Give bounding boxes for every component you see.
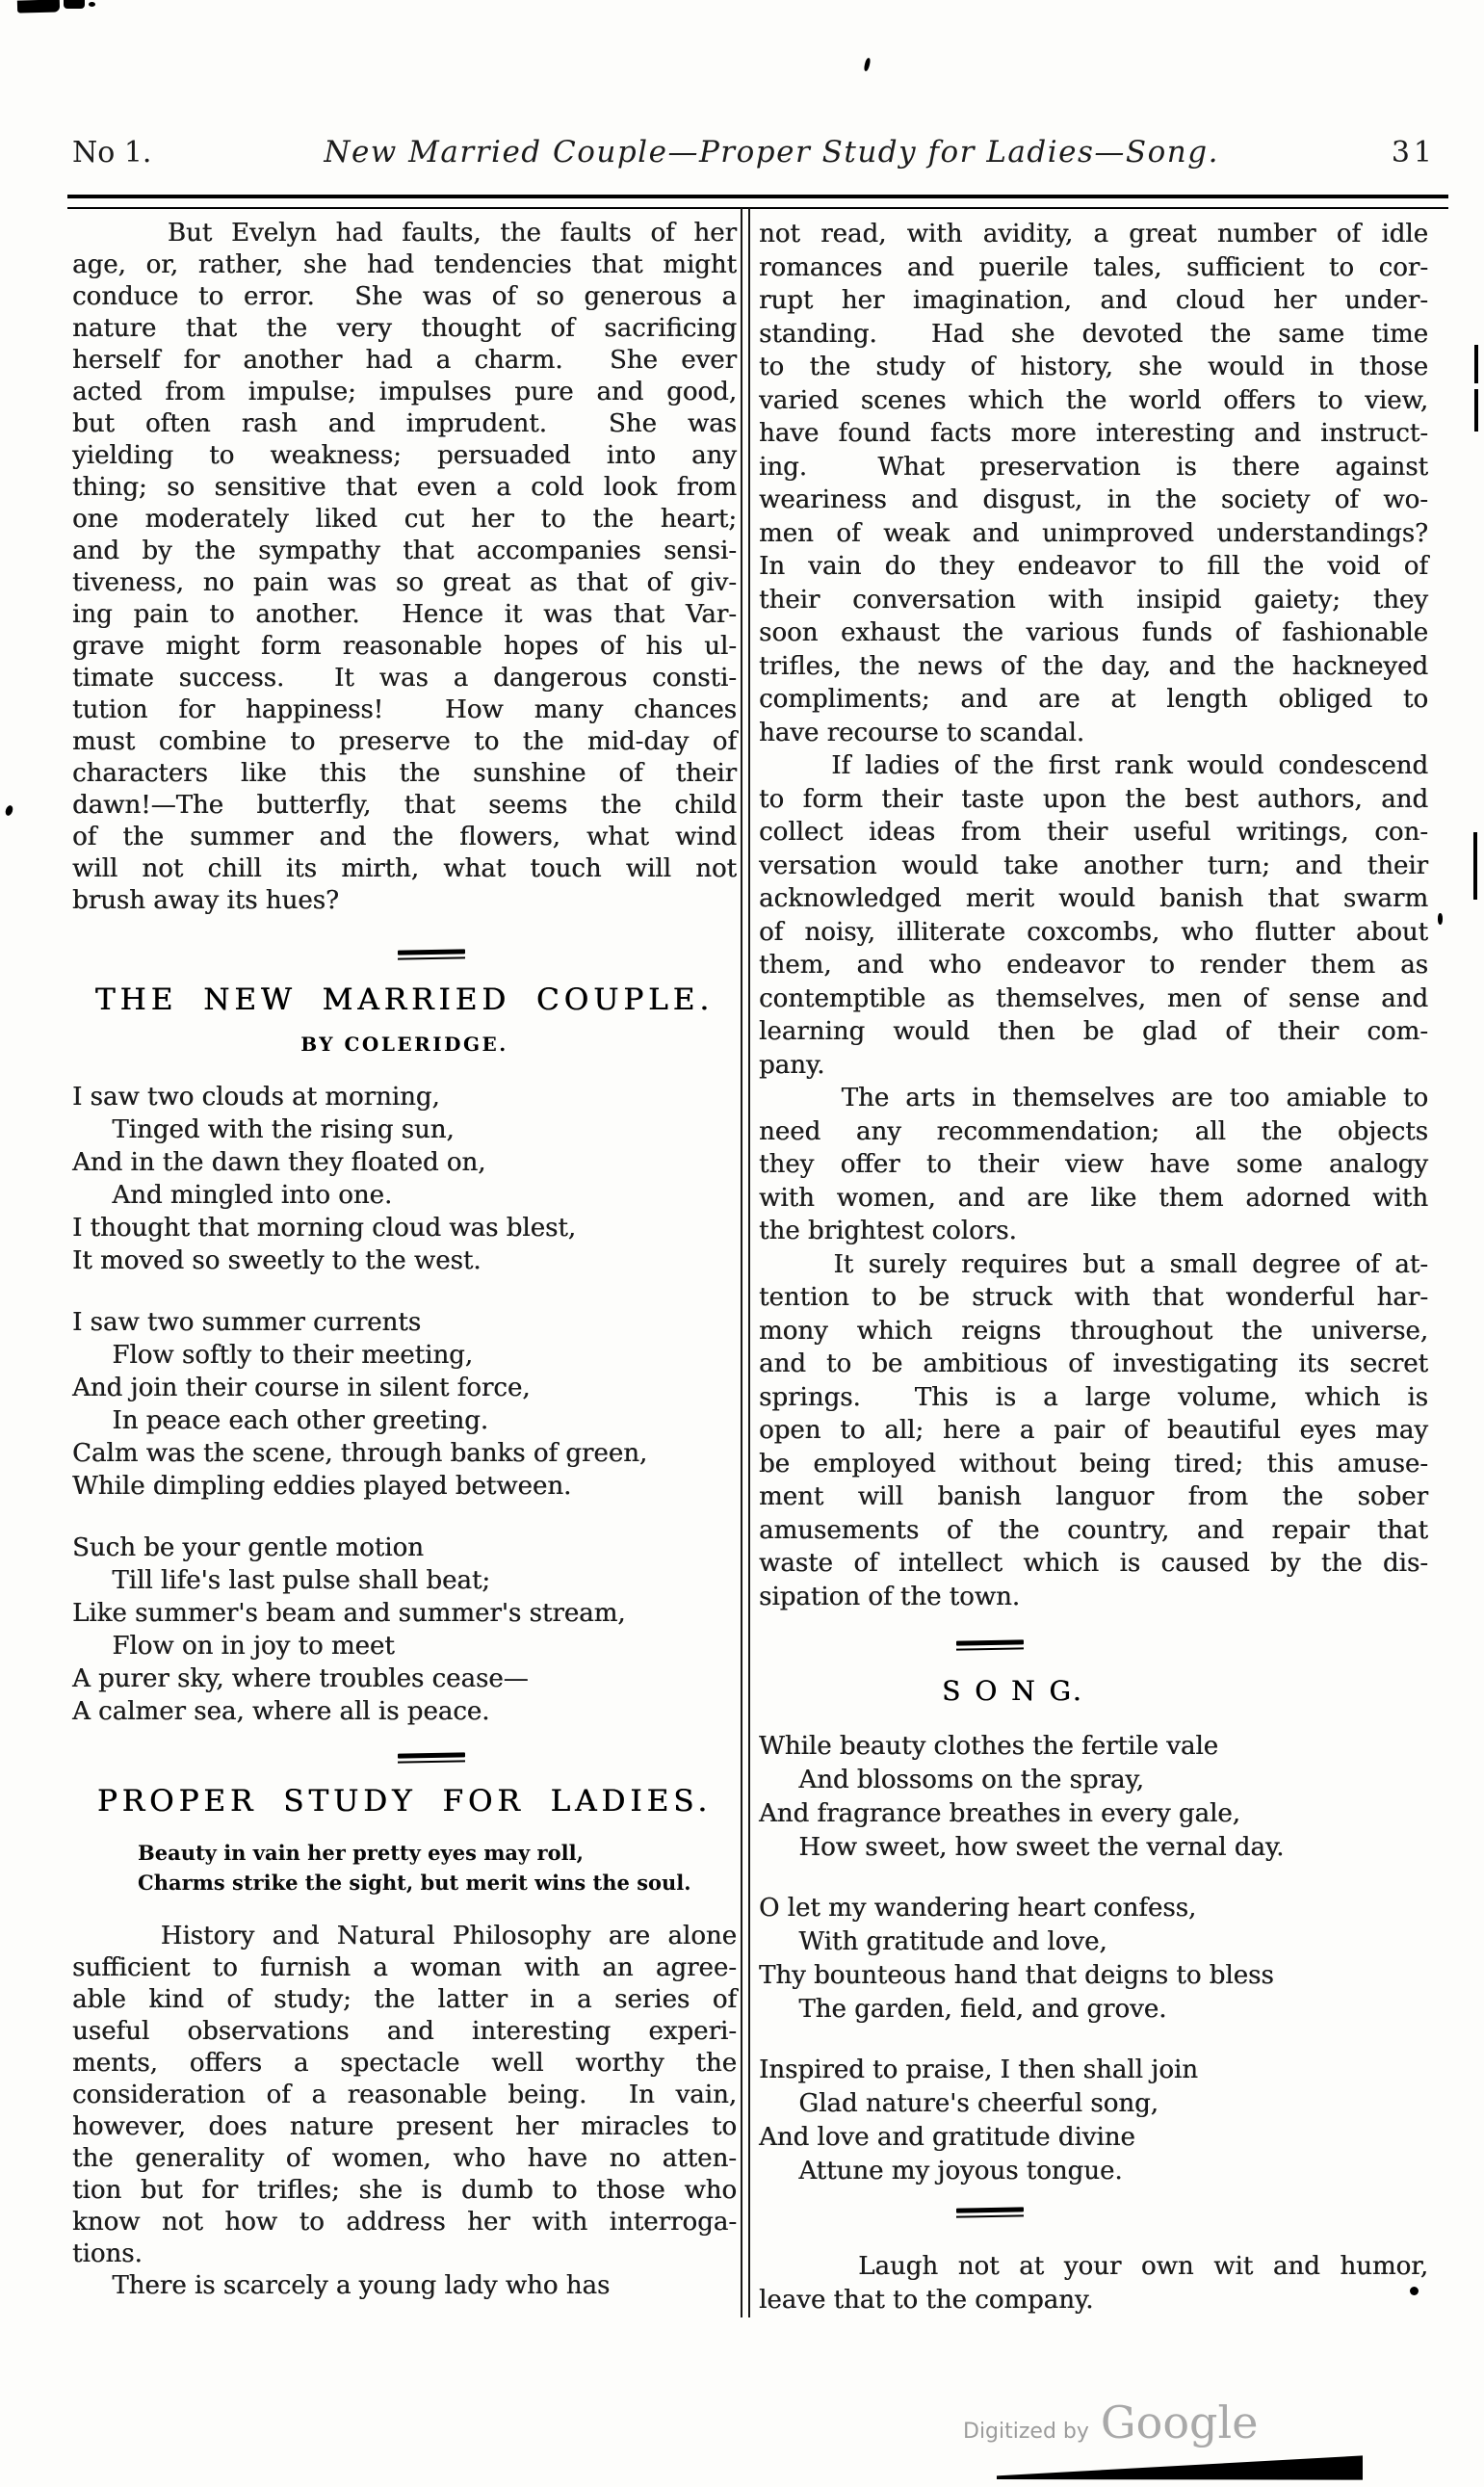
text-line: collect ideas from their useful writings… [759,816,1428,850]
header-rule [67,195,1448,209]
text-line: useful observations and interesting expe… [72,2016,737,2048]
text-line: ment will banish languor from the sober [759,1480,1428,1514]
divider-bar [956,1639,1024,1645]
text-line: trifles, the news of the day, and the ha… [759,650,1428,684]
text-line: yielding to weakness; persuaded into any [72,440,737,472]
text-line: consideration of a reasonable being. In … [72,2080,737,2111]
text-line: Like summer's beam and summer's stream, [72,1597,737,1630]
text-line: There is scarcely a young lady who has [72,2270,737,2302]
text-line: With gratitude and love, [759,1925,1428,1959]
text-line: conduce to error. She was of so generous… [72,281,737,313]
text-line: Glad nature's cheerful song, [759,2087,1428,2121]
text-line: timate success. It was a dangerous const… [72,663,737,694]
running-title: New Married Couple—Proper Study for Ladi… [151,135,1391,170]
text-line: sipation of the town. [759,1581,1428,1614]
text-line: must combine to preserve to the mid-day … [72,726,737,758]
text-line: ing. What preservation is there against [759,451,1428,484]
text-line: they offer to their view have some analo… [759,1148,1428,1182]
text-line: to form their taste upon the best author… [759,783,1428,817]
divider-bar [956,2214,1024,2217]
section-divider [956,2208,1024,2217]
section-divider [398,950,465,959]
byline: BY COLERIDGE. [72,1033,737,1056]
text-line: the brightest colors. [759,1215,1428,1248]
text-line: their conversation with insipid gaiety; … [759,584,1428,617]
text-line: versation would take another turn; and t… [759,850,1428,883]
divider-bar [398,956,465,959]
text-line: dawn!—The butterfly, that seems the chil… [72,790,737,822]
ink-speck [863,58,871,72]
poem-stanza: O let my wandering heart confess, With g… [759,1892,1428,2027]
text-line: tution for happiness! How many chances [72,694,737,726]
text-line: brush away its hues? [72,885,737,917]
text-line: Inspired to praise, I then shall join [759,2054,1428,2087]
text-line: tiveness, no pain was so great as that o… [72,567,737,599]
column-rule [748,208,750,2317]
poem-stanza: While beauty clothes the fertile vale An… [759,1730,1428,1865]
page-edge-mark [1474,345,1478,383]
text-line: mony which reigns throughout the univers… [759,1315,1428,1348]
text-line: amusements of the country, and repair th… [759,1514,1428,1548]
text-line: weariness and disgust, in the society of… [759,484,1428,517]
body-paragraph: The arts in themselves are too amiable t… [759,1082,1428,1248]
text-line: Calm was the scene, through banks of gre… [72,1437,737,1470]
body-paragraph: not read, with avidity, a great number o… [759,218,1428,749]
divider-bar [398,1752,465,1758]
text-line: And love and gratitude divine [759,2121,1428,2155]
text-line: How sweet, how sweet the vernal day. [759,1831,1428,1865]
text-line: age, or, rather, she had tendencies that… [72,249,737,281]
text-line: And blossoms on the spray, [759,1764,1428,1797]
text-line: one moderately liked cut her to the hear… [72,504,737,536]
divider-bar [956,2207,1024,2212]
text-line: I saw two clouds at morning, [72,1081,737,1113]
text-line: and to be ambitious of investigating its… [759,1348,1428,1381]
issue-number: No 1. [72,136,151,170]
text-line: In peace each other greeting. [72,1404,737,1437]
text-line: tions. [72,2238,737,2270]
article-heading: S O N G. [942,1675,1428,1707]
text-line: learning would then be glad of their com… [759,1015,1428,1049]
text-line: O let my wandering heart confess, [759,1892,1428,1925]
body-paragraph: History and Natural Philosophy are alone… [72,1921,737,2270]
article-heading: PROPER STUDY FOR LADIES. [72,1784,737,1819]
text-line: If ladies of the first rank would condes… [759,749,1428,783]
text-line: men of weak and unimproved understanding… [759,517,1428,551]
text-line: Tinged with the rising sun, [72,1113,737,1146]
section-divider [398,1753,465,1763]
text-line: Attune my joyous tongue. [759,2155,1428,2188]
text-line: have found facts more interesting and in… [759,417,1428,451]
text-line: A purer sky, where troubles cease— [72,1662,737,1695]
text-line: Flow on in joy to meet [72,1630,737,1662]
text-line: know not how to address her with interro… [72,2207,737,2238]
text-line: grave might form reasonable hopes of his… [72,631,737,663]
text-line: waste of intellect which is caused by th… [759,1547,1428,1581]
text-line: springs. This is a large volume, which i… [759,1381,1428,1415]
digitization-watermark: Digitized by Google [963,2396,1258,2448]
ink-speck [1438,913,1443,925]
digitized-by-label: Digitized by [963,2420,1089,2444]
text-line: with women, and are like them adorned wi… [759,1182,1428,1216]
page-header: No 1. New Married Couple—Proper Study fo… [72,135,1436,170]
text-line: and by the sympathy that accompanies sen… [72,536,737,567]
text-line: be employed without being tired; this am… [759,1448,1428,1481]
page-number: 31 [1392,136,1436,170]
text-line: of the summer and the flowers, what wind [72,822,737,853]
poem-stanza: I saw two summer currents Flow softly to… [72,1306,737,1503]
text-line: the generality of women, who have no att… [72,2143,737,2175]
ink-smudge [64,0,85,9]
text-line: ments, offers a spectacle well worthy th… [72,2048,737,2080]
text-line: I thought that morning cloud was blest, [72,1212,737,1244]
body-paragraph: Laugh not at your own wit and humor,leav… [759,2250,1428,2317]
text-line: History and Natural Philosophy are alone [72,1921,737,1952]
poem-stanza: Such be your gentle motion Till life's l… [72,1531,737,1728]
page-edge-mark [1473,832,1477,900]
text-line: soon exhaust the various funds of fashio… [759,616,1428,650]
text-line: acted from impulse; impulses pure and go… [72,377,737,408]
text-line: standing. Had she devoted the same time [759,318,1428,352]
text-line: herself for another had a charm. She eve… [72,345,737,377]
text-line: tention to be struck with that wonderful… [759,1281,1428,1315]
text-line: thing; so sensitive that even a cold loo… [72,472,737,504]
scanned-page: No 1. New Married Couple—Proper Study fo… [0,0,1484,2487]
text-line: open to all; here a pair of beautiful ey… [759,1414,1428,1448]
text-line: compliments; and are at length obliged t… [759,683,1428,717]
body-paragraph: But Evelyn had faults, the faults of her… [72,218,737,917]
text-line: Laugh not at your own wit and humor, [759,2250,1428,2284]
text-line: but often rash and imprudent. She was [72,408,737,440]
text-line: And join their course in silent force, [72,1372,737,1404]
text-line: rupt her imagination, and cloud her unde… [759,284,1428,318]
text-line: sufficient to furnish a woman with an ag… [72,1952,737,1984]
ink-speck [89,2,95,7]
right-column: not read, with avidity, a great number o… [759,218,1428,2317]
text-line: ing pain to another. Hence it was that V… [72,599,737,631]
body-paragraph: If ladies of the first rank would condes… [759,749,1428,1082]
text-line: While dimpling eddies played between. [72,1470,737,1503]
poem-stanza: I saw two clouds at morning, Tinged with… [72,1081,737,1277]
text-line: Charms strike the sight, but merit wins … [138,1868,737,1898]
text-line: I saw two summer currents [72,1306,737,1339]
divider-bar [956,1647,1024,1650]
text-line: And mingled into one. [72,1179,737,1212]
epigraph: Beauty in vain her pretty eyes may roll,… [72,1838,737,1898]
text-line: But Evelyn had faults, the faults of her [72,218,737,249]
page-edge-mark [1474,389,1478,432]
text-line: It surely requires but a small degree of… [759,1248,1428,1282]
text-line: them, and who endeavor to render them as [759,949,1428,982]
text-line: not read, with avidity, a great number o… [759,218,1428,251]
text-line: have recourse to scandal. [759,717,1428,750]
article-heading: THE NEW MARRIED COUPLE. [72,982,737,1017]
text-line: varied scenes which the world offers to … [759,384,1428,418]
ink-speck [4,804,13,817]
divider-bar [398,1760,465,1763]
text-line: will not chill its mirth, what touch wil… [72,853,737,885]
text-line: Flow softly to their meeting, [72,1339,737,1372]
section-divider [956,1640,1024,1650]
text-line: The arts in themselves are too amiable t… [759,1082,1428,1115]
text-line: romances and puerile tales, sufficient t… [759,251,1428,285]
text-line: A calmer sea, where all is peace. [72,1695,737,1728]
text-line: to the study of history, she would in th… [759,351,1428,384]
text-line: nature that the very thought of sacrific… [72,313,737,345]
body-paragraph: It surely requires but a small degree of… [759,1248,1428,1614]
text-line: Such be your gentle motion [72,1531,737,1564]
text-line: It moved so sweetly to the west. [72,1244,737,1277]
text-line: of noisy, illiterate coxcombs, who flutt… [759,916,1428,950]
text-line: pany. [759,1049,1428,1083]
text-line: able kind of study; the latter in a seri… [72,1984,737,2016]
scan-shadow-bar [997,2454,1363,2481]
text-line: tion but for trifles; she is dumb to tho… [72,2175,737,2207]
text-line: The garden, field, and grove. [759,1993,1428,2027]
text-line: Thy bounteous hand that deigns to bless [759,1959,1428,1993]
text-line: And in the dawn they floated on, [72,1146,737,1179]
text-line: acknowledged merit would banish that swa… [759,882,1428,916]
left-column: But Evelyn had faults, the faults of her… [72,218,737,2302]
ink-smudge [17,0,60,13]
text-line: While beauty clothes the fertile vale [759,1730,1428,1764]
column-rule [741,208,742,2317]
google-logo: Google [1101,2396,1259,2448]
text-line: leave that to the company. [759,2284,1428,2317]
divider-bar [398,949,465,955]
text-line: Till life's last pulse shall beat; [72,1564,737,1597]
text-line: Beauty in vain her pretty eyes may roll, [138,1838,737,1868]
body-paragraph: There is scarcely a young lady who has [72,2270,737,2302]
text-line: however, does nature present her miracle… [72,2111,737,2143]
text-line: contemptible as themselves, men of sense… [759,982,1428,1016]
text-line: In vain do they endeavor to fill the voi… [759,550,1428,584]
text-line: need any recommendation; all the objects [759,1115,1428,1149]
text-line: And fragrance breathes in every gale, [759,1797,1428,1831]
text-line: characters like this the sunshine of the… [72,758,737,790]
poem-stanza: Inspired to praise, I then shall join Gl… [759,2054,1428,2188]
